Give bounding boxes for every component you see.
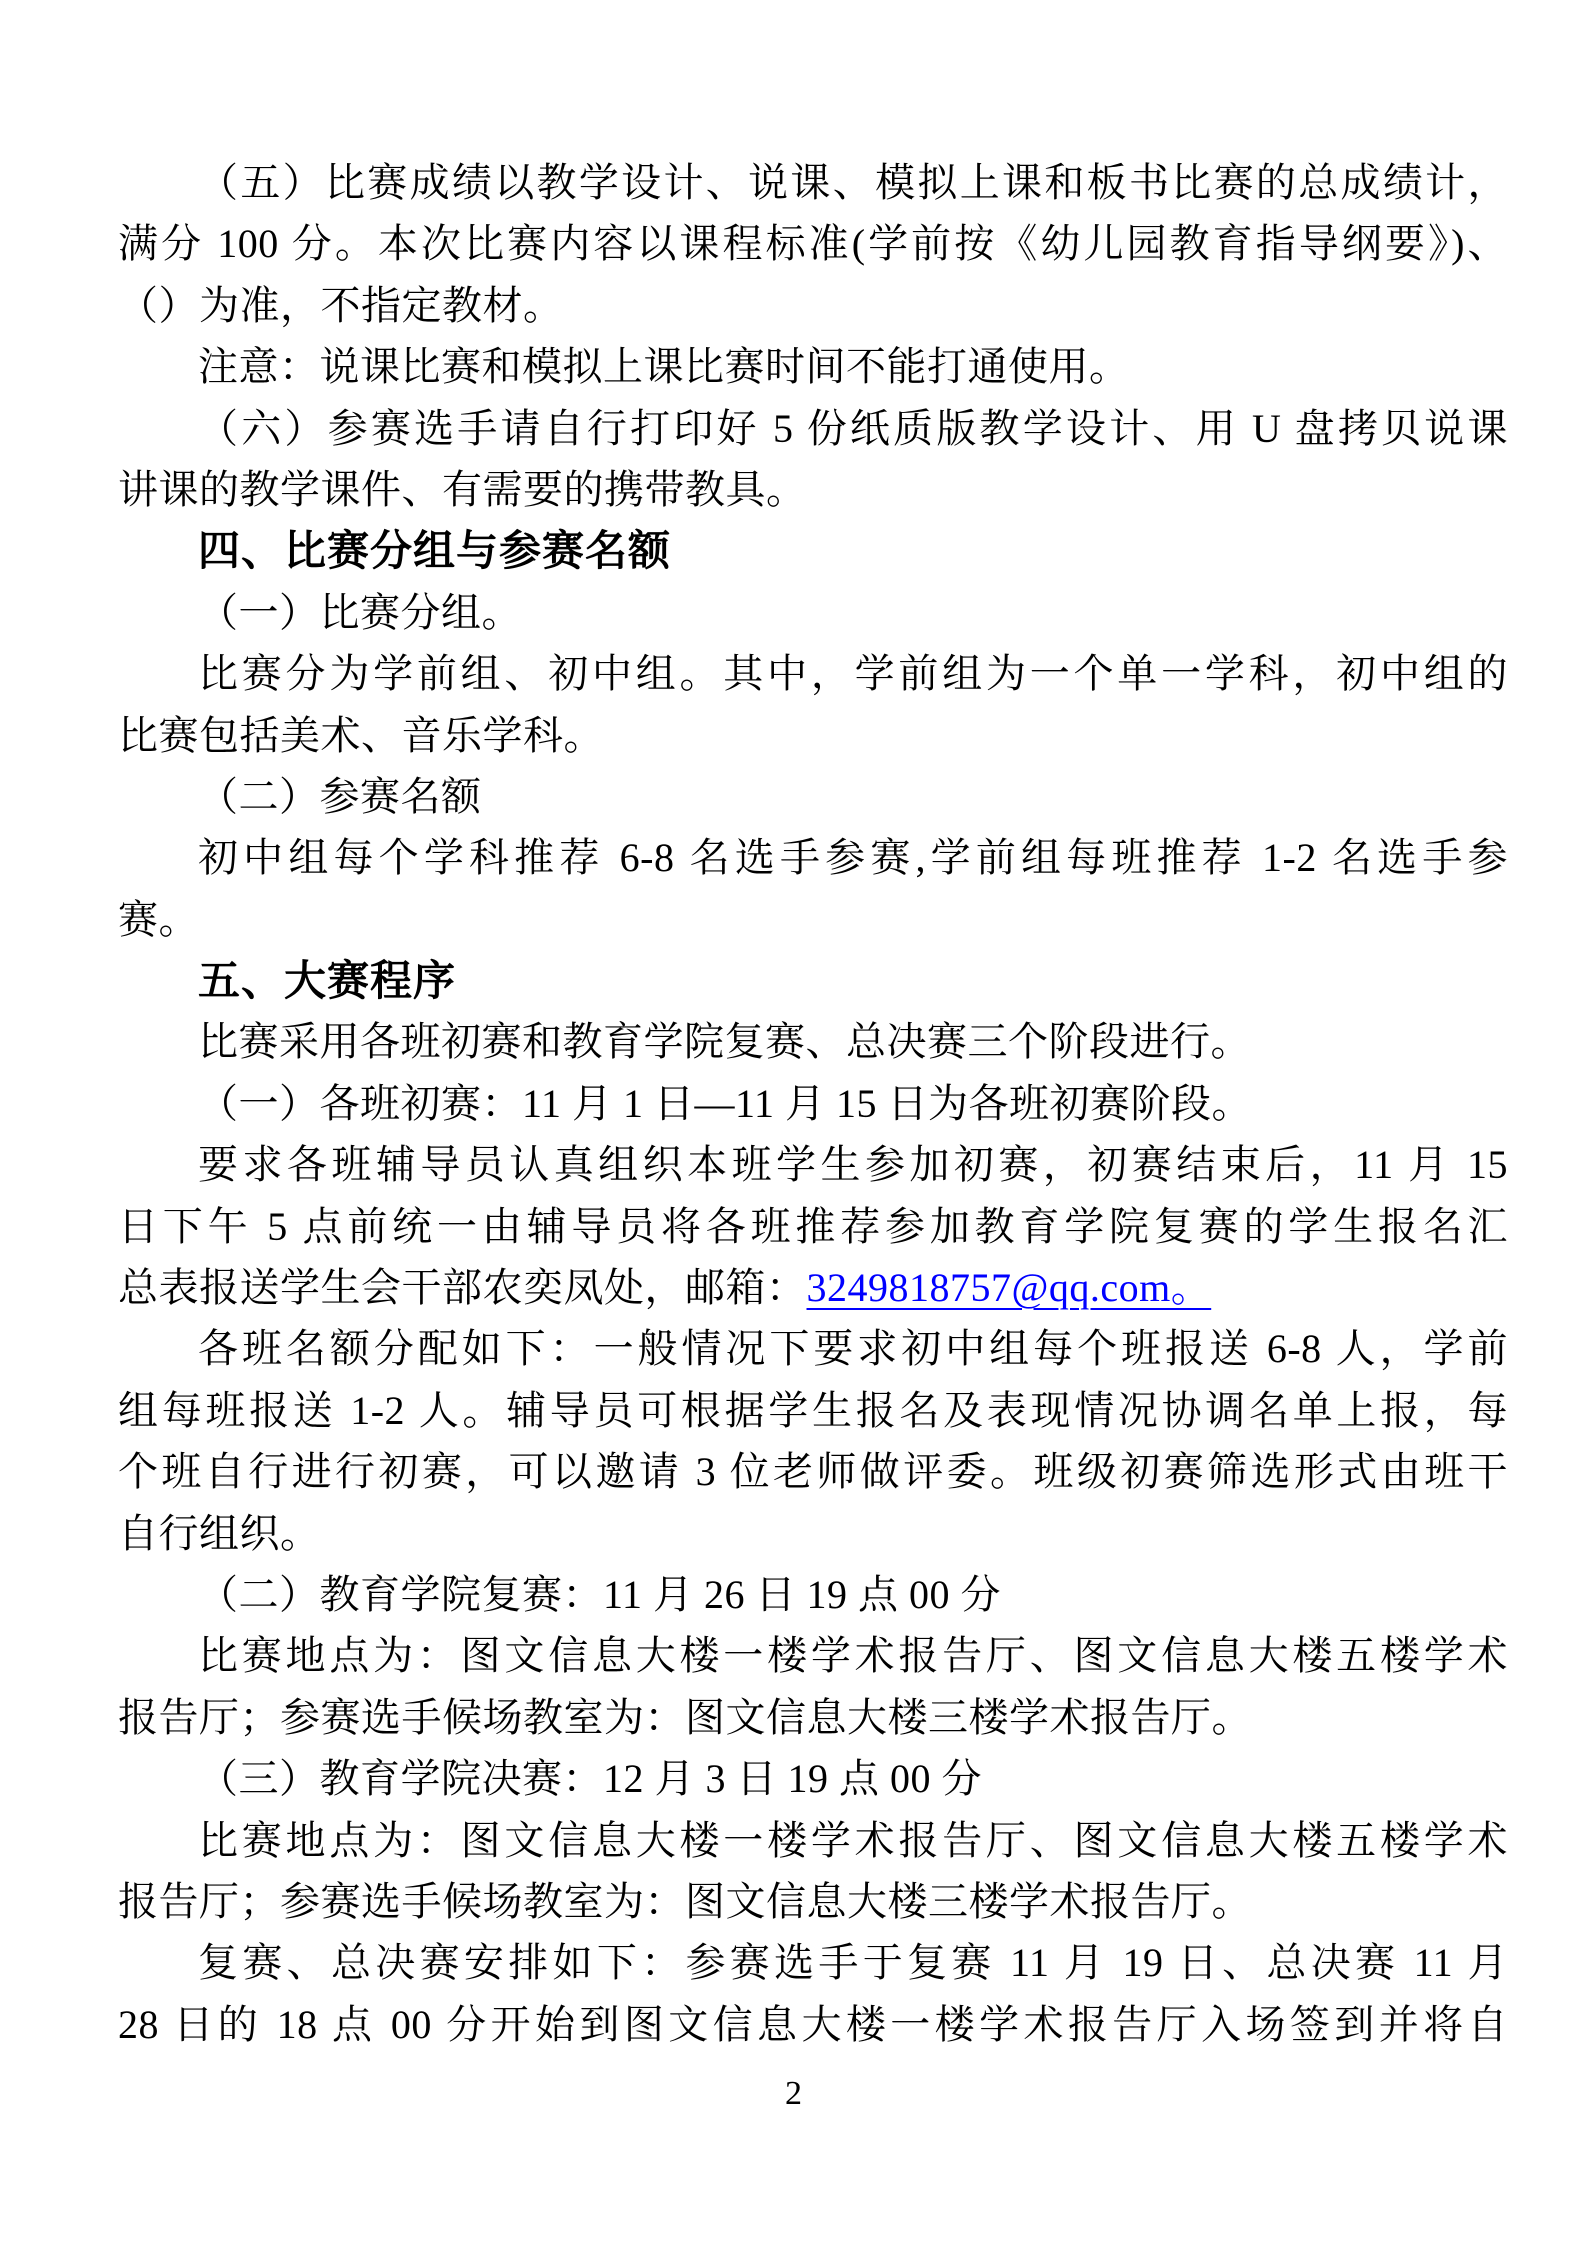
text-line: （六）参赛选手请自行打印好 5 份纸质版教学设计、用 U 盘拷贝说课	[118, 398, 1508, 459]
text-line: （二）教育学院复赛：11 月 26 日 19 点 00 分	[118, 1564, 1508, 1625]
text-line: 复赛、总决赛安排如下：参赛选手于复赛 11 月 19 日、总决赛 11 月	[118, 1932, 1508, 1993]
line-text: 各班名额分配如下：一般情况下要求初中组每个班报送 6-8 人，学前	[198, 1326, 1508, 1371]
text-line: （一）各班初赛：11 月 1 日—11 月 15 日为各班初赛阶段。	[118, 1073, 1508, 1134]
text-line: 比赛采用各班初赛和教育学院复赛、总决赛三个阶段进行。	[118, 1011, 1508, 1072]
line-text: 讲课的教学课件、有需要的携带教具。	[118, 467, 807, 512]
section-heading: 四、比赛分组与参赛名额	[118, 520, 1508, 581]
text-line: （五）比赛成绩以教学设计、说课、模拟上课和板书比赛的总成绩计，	[118, 152, 1508, 213]
text-line: 初中组每个学科推荐 6-8 名选手参赛,学前组每班推荐 1-2 名选手参	[118, 827, 1508, 888]
line-text: 五、大赛程序	[198, 957, 456, 1004]
page-number: 2	[0, 2072, 1587, 2116]
text-lines: （五）比赛成绩以教学设计、说课、模拟上课和板书比赛的总成绩计，满分 100 分。…	[118, 152, 1508, 2055]
line-text: 比赛采用各班初赛和教育学院复赛、总决赛三个阶段进行。	[198, 1019, 1251, 1064]
text-line: 讲课的教学课件、有需要的携带教具。	[118, 459, 1508, 520]
text-line: 个班自行进行初赛，可以邀请 3 位老师做评委。班级初赛筛选形式由班干	[118, 1441, 1508, 1502]
line-text: 比赛包括美术、音乐学科。	[118, 713, 604, 758]
line-text: 比赛地点为：图文信息大楼一楼学术报告厅、图文信息大楼五楼学术	[198, 1818, 1508, 1863]
document-page: （五）比赛成绩以教学设计、说课、模拟上课和板书比赛的总成绩计，满分 100 分。…	[0, 0, 1587, 2245]
line-text: 报告厅；参赛选手候场教室为：图文信息大楼三楼学术报告厅。	[118, 1879, 1252, 1924]
line-text: 注意：说课比赛和模拟上课比赛时间不能打通使用。	[198, 344, 1130, 389]
text-line: （二）参赛名额	[118, 766, 1508, 827]
line-text: 要求各班辅导员认真组织本班学生参加初赛，初赛结束后，11 月 15	[198, 1142, 1508, 1187]
line-text: （）为准，不指定教材。	[118, 283, 564, 328]
text-line: 比赛分为学前组、初中组。其中，学前组为一个单一学科，初中组的	[118, 643, 1508, 704]
text-line: 满分 100 分。本次比赛内容以课程标准(学前按《幼儿园教育指导纲要》)、	[118, 213, 1508, 274]
line-text: （六）参赛选手请自行打印好 5 份纸质版教学设计、用 U 盘拷贝说课	[198, 406, 1508, 451]
line-text: （二）教育学院复赛：11 月 26 日 19 点 00 分	[198, 1572, 1001, 1617]
line-text: 比赛分为学前组、初中组。其中，学前组为一个单一学科，初中组的	[198, 651, 1508, 696]
text-line: （三）教育学院决赛：12 月 3 日 19 点 00 分	[118, 1748, 1508, 1809]
line-text: 个班自行进行初赛，可以邀请 3 位老师做评委。班级初赛筛选形式由班干	[118, 1449, 1508, 1494]
text-line: （一）比赛分组。	[118, 582, 1508, 643]
line-text: （一）各班初赛：11 月 1 日—11 月 15 日为各班初赛阶段。	[198, 1081, 1252, 1126]
text-line: （）为准，不指定教材。	[118, 275, 1508, 336]
line-text: 总表报送学生会干部农奕凤处，邮箱：	[118, 1265, 807, 1310]
line-text: 四、比赛分组与参赛名额	[198, 527, 671, 574]
line-text: 28 日的 18 点 00 分开始到图文信息大楼一楼学术报告厅入场签到并将自	[118, 2002, 1508, 2047]
text-line: 总表报送学生会干部农奕凤处，邮箱：3249818757@qq.com。	[118, 1257, 1508, 1318]
text-line: 报告厅；参赛选手候场教室为：图文信息大楼三楼学术报告厅。	[118, 1871, 1508, 1932]
line-text: 满分 100 分。本次比赛内容以课程标准(学前按《幼儿园教育指导纲要》)、	[118, 221, 1508, 266]
line-text: 报告厅；参赛选手候场教室为：图文信息大楼三楼学术报告厅。	[118, 1695, 1252, 1740]
line-text: 组每班报送 1-2 人。辅导员可根据学生报名及表现情况协调名单上报，每	[118, 1388, 1508, 1433]
line-text: 复赛、总决赛安排如下：参赛选手于复赛 11 月 19 日、总决赛 11 月	[198, 1940, 1508, 1985]
text-line: 28 日的 18 点 00 分开始到图文信息大楼一楼学术报告厅入场签到并将自	[118, 1994, 1508, 2055]
line-text: （二）参赛名额	[198, 774, 482, 819]
text-line: 报告厅；参赛选手候场教室为：图文信息大楼三楼学术报告厅。	[118, 1687, 1508, 1748]
line-text: 日下午 5 点前统一由辅导员将各班推荐参加教育学院复赛的学生报名汇	[118, 1204, 1508, 1249]
text-line: 组每班报送 1-2 人。辅导员可根据学生报名及表现情况协调名单上报，每	[118, 1380, 1508, 1441]
line-text: 自行组织。	[118, 1511, 321, 1556]
text-line: 注意：说课比赛和模拟上课比赛时间不能打通使用。	[118, 336, 1508, 397]
text-line: 赛。	[118, 889, 1508, 950]
line-text: （一）比赛分组。	[198, 590, 522, 635]
text-line: 比赛包括美术、音乐学科。	[118, 705, 1508, 766]
text-line: 比赛地点为：图文信息大楼一楼学术报告厅、图文信息大楼五楼学术	[118, 1810, 1508, 1871]
line-text: （三）教育学院决赛：12 月 3 日 19 点 00 分	[198, 1756, 982, 1801]
text-line: 自行组织。	[118, 1503, 1508, 1564]
text-line: 比赛地点为：图文信息大楼一楼学术报告厅、图文信息大楼五楼学术	[118, 1625, 1508, 1686]
text-line: 各班名额分配如下：一般情况下要求初中组每个班报送 6-8 人，学前	[118, 1318, 1508, 1379]
text-line: 日下午 5 点前统一由辅导员将各班推荐参加教育学院复赛的学生报名汇	[118, 1196, 1508, 1257]
line-text: （五）比赛成绩以教学设计、说课、模拟上课和板书比赛的总成绩计，	[198, 160, 1508, 205]
line-text: 赛。	[118, 897, 199, 942]
email-link[interactable]: 3249818757@qq.com。	[807, 1265, 1212, 1310]
line-text: 初中组每个学科推荐 6-8 名选手参赛,学前组每班推荐 1-2 名选手参	[198, 835, 1508, 880]
line-text: 比赛地点为：图文信息大楼一楼学术报告厅、图文信息大楼五楼学术	[198, 1633, 1508, 1678]
section-heading: 五、大赛程序	[118, 950, 1508, 1011]
text-line: 要求各班辅导员认真组织本班学生参加初赛，初赛结束后，11 月 15	[118, 1134, 1508, 1195]
